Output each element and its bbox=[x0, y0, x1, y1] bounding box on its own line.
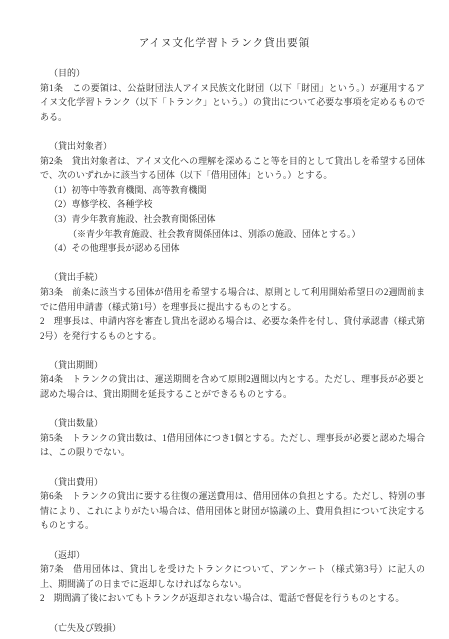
list-item: （4）その他理事長が認める団体 bbox=[40, 241, 425, 256]
document-page: アイヌ文化学習トランク貸出要領 （目的） 第1条 この要領は、公益財団法人アイヌ… bbox=[0, 0, 449, 639]
document-title: アイヌ文化学習トランク貸出要領 bbox=[40, 36, 409, 51]
list-item: （2）専修学校、各種学校 bbox=[40, 197, 425, 212]
section-heading: （貸出手続） bbox=[40, 270, 425, 285]
section-lending-quantity: （貸出数量） 第5条 トランクの貸出数は、1借用団体につき1個とする。ただし、理… bbox=[40, 416, 425, 460]
section-return: （返却） 第7条 借用団体は、貸出しを受けたトランクについて、アンケート（様式第… bbox=[40, 548, 425, 606]
paragraph: 2 期間満了後においてもトランクが返却されない場合は、電話で督促を行うものとする… bbox=[40, 591, 425, 606]
section-lending-cost: （貸出費用） 第6条 トランクの貸出に要する往復の運送費用は、借用団体の負担とす… bbox=[40, 475, 425, 533]
section-lending-period: （貸出期間） 第4条 トランクの貸出は、運送期間を含めて原則2週間以内とする。た… bbox=[40, 358, 425, 402]
section-heading: （貸出期間） bbox=[40, 358, 425, 373]
paragraph: 第7条 借用団体は、貸出しを受けたトランクについて、アンケート（様式第3号）に記… bbox=[40, 562, 425, 591]
paragraph: 第5条 トランクの貸出数は、1借用団体につき1個とする。ただし、理事長が必要と認… bbox=[40, 431, 425, 460]
section-purpose: （目的） 第1条 この要領は、公益財団法人アイヌ民族文化財団（以下「財団」という… bbox=[40, 66, 425, 124]
section-loss-and-damage: （亡失及び毀損） bbox=[40, 621, 425, 636]
list-item: （3）青少年教育施設、社会教育関係団体 bbox=[40, 212, 425, 227]
section-eligible-borrowers: （貸出対象者） 第2条 貸出対象者は、アイヌ文化への理解を深めること等を目的とし… bbox=[40, 139, 425, 256]
paragraph: 第4条 トランクの貸出は、運送期間を含めて原則2週間以内とする。ただし、理事長が… bbox=[40, 372, 425, 401]
section-lending-procedure: （貸出手続） 第3条 前条に該当する団体が借用を希望する場合は、原則として利用開… bbox=[40, 270, 425, 343]
list-item: （1）初等中等教育機関、高等教育機関 bbox=[40, 183, 425, 198]
document-body: アイヌ文化学習トランク貸出要領 （目的） 第1条 この要領は、公益財団法人アイヌ… bbox=[0, 0, 449, 635]
paragraph: 第2条 貸出対象者は、アイヌ文化への理解を深めること等を目的として貸出しを希望す… bbox=[40, 154, 425, 183]
section-heading: （貸出対象者） bbox=[40, 139, 425, 154]
paragraph: 第3条 前条に該当する団体が借用を希望する場合は、原則として利用開始希望日の2週… bbox=[40, 285, 425, 314]
list-item-note: （※青少年教育施設、社会教育関係団体は、別添の施設、団体とする。） bbox=[40, 227, 425, 242]
section-heading: （目的） bbox=[40, 66, 425, 81]
section-heading: （貸出費用） bbox=[40, 475, 425, 490]
section-heading: （亡失及び毀損） bbox=[40, 621, 425, 636]
paragraph: 第1条 この要領は、公益財団法人アイヌ民族文化財団（以下「財団」という。）が運用… bbox=[40, 81, 425, 125]
section-heading: （返却） bbox=[40, 548, 425, 563]
paragraph: 2 理事長は、申請内容を審査し貸出を認める場合は、必要な条件を付し、貸付承認書（… bbox=[40, 314, 425, 343]
paragraph: 第6条 トランクの貸出に要する往復の運送費用は、借用団体の負担とする。ただし、特… bbox=[40, 489, 425, 533]
section-heading: （貸出数量） bbox=[40, 416, 425, 431]
